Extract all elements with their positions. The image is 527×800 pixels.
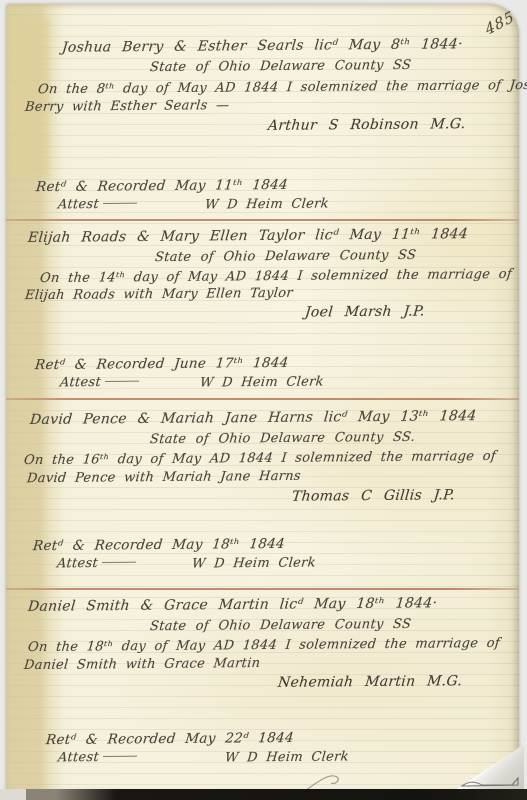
record-body-line: Berry with Esther Searls — (24, 98, 230, 115)
ledger-page: 485 Joshua Berry & Esther Searls licᵈ Ma… (6, 4, 519, 792)
record-separator-rule (6, 398, 519, 400)
page-number: 485 (483, 7, 517, 39)
return-recorded-line: Retᵈ & Recorded May 22ᵈ 1844 (45, 730, 294, 748)
attest-label: Attest (57, 197, 137, 213)
record-state-line: State of Ohio Delaware County SS (149, 58, 412, 75)
clerk-signature: W D Heim Clerk (191, 555, 316, 571)
attest-label: Attest (59, 375, 139, 391)
record-state-line: State of Ohio Delaware County SS (154, 248, 417, 265)
clerk-signature: W D Heim Clerk (204, 196, 329, 212)
record-separator-rule (6, 588, 519, 590)
record-state-line: State of Ohio Delaware County SS. (149, 430, 416, 447)
record-license-line: Elijah Roads & Mary Ellen Taylor licᵈ Ma… (27, 226, 468, 246)
officiant-signature: Nehemiah Martin M.G. (277, 673, 463, 691)
record-body-line: Daniel Smith with Grace Martin (23, 656, 261, 673)
record-body-line: David Pence with Mariah Jane Harns (26, 469, 301, 486)
book-edge-shadow (26, 789, 527, 800)
record-body-line: On the 8ᵗʰ day of May AD 1844 I solemniz… (37, 78, 527, 98)
record-body-line: On the 14ᵗʰ day of May AD 1844 I solemni… (39, 267, 512, 286)
record-license-line: Joshua Berry & Esther Searls licᵈ May 8ᵗ… (61, 36, 463, 56)
officiant-signature: Arthur S Robinson M.G. (267, 116, 466, 134)
record-license-line: David Pence & Mariah Jane Harns licᵈ May… (29, 408, 477, 428)
officiant-signature: Thomas C Gillis J.P. (291, 487, 455, 504)
record-body-line: On the 18ᵗʰ day of May AD 1844 I solemni… (27, 636, 500, 655)
record-body-line: On the 16ᵗʰ day of May AD 1844 I solemni… (23, 449, 496, 468)
record-body-line: Elijah Roads with Mary Ellen Taylor (24, 286, 293, 303)
officiant-signature: Joel Marsh J.P. (304, 303, 425, 320)
return-recorded-line: Retᵈ & Recorded June 17ᵗʰ 1844 (34, 355, 289, 373)
attest-label: Attest (57, 750, 137, 766)
corner-stain (8, 18, 50, 178)
return-recorded-line: Retᵈ & Recorded May 11ᵗʰ 1844 (35, 177, 288, 195)
clerk-signature: W D Heim Clerk (224, 749, 349, 765)
record-separator-rule (6, 219, 519, 221)
record-state-line: State of Ohio Delaware County SS (149, 617, 412, 634)
document-scan: 485 Joshua Berry & Esther Searls licᵈ Ma… (0, 0, 527, 800)
attest-label: Attest (56, 556, 136, 572)
return-recorded-line: Retᵈ & Recorded May 18ᵗʰ 1844 (32, 536, 285, 554)
clerk-signature: W D Heim Clerk (199, 374, 324, 390)
record-license-line: Daniel Smith & Grace Martin licᵈ May 18ᵗ… (27, 595, 438, 615)
